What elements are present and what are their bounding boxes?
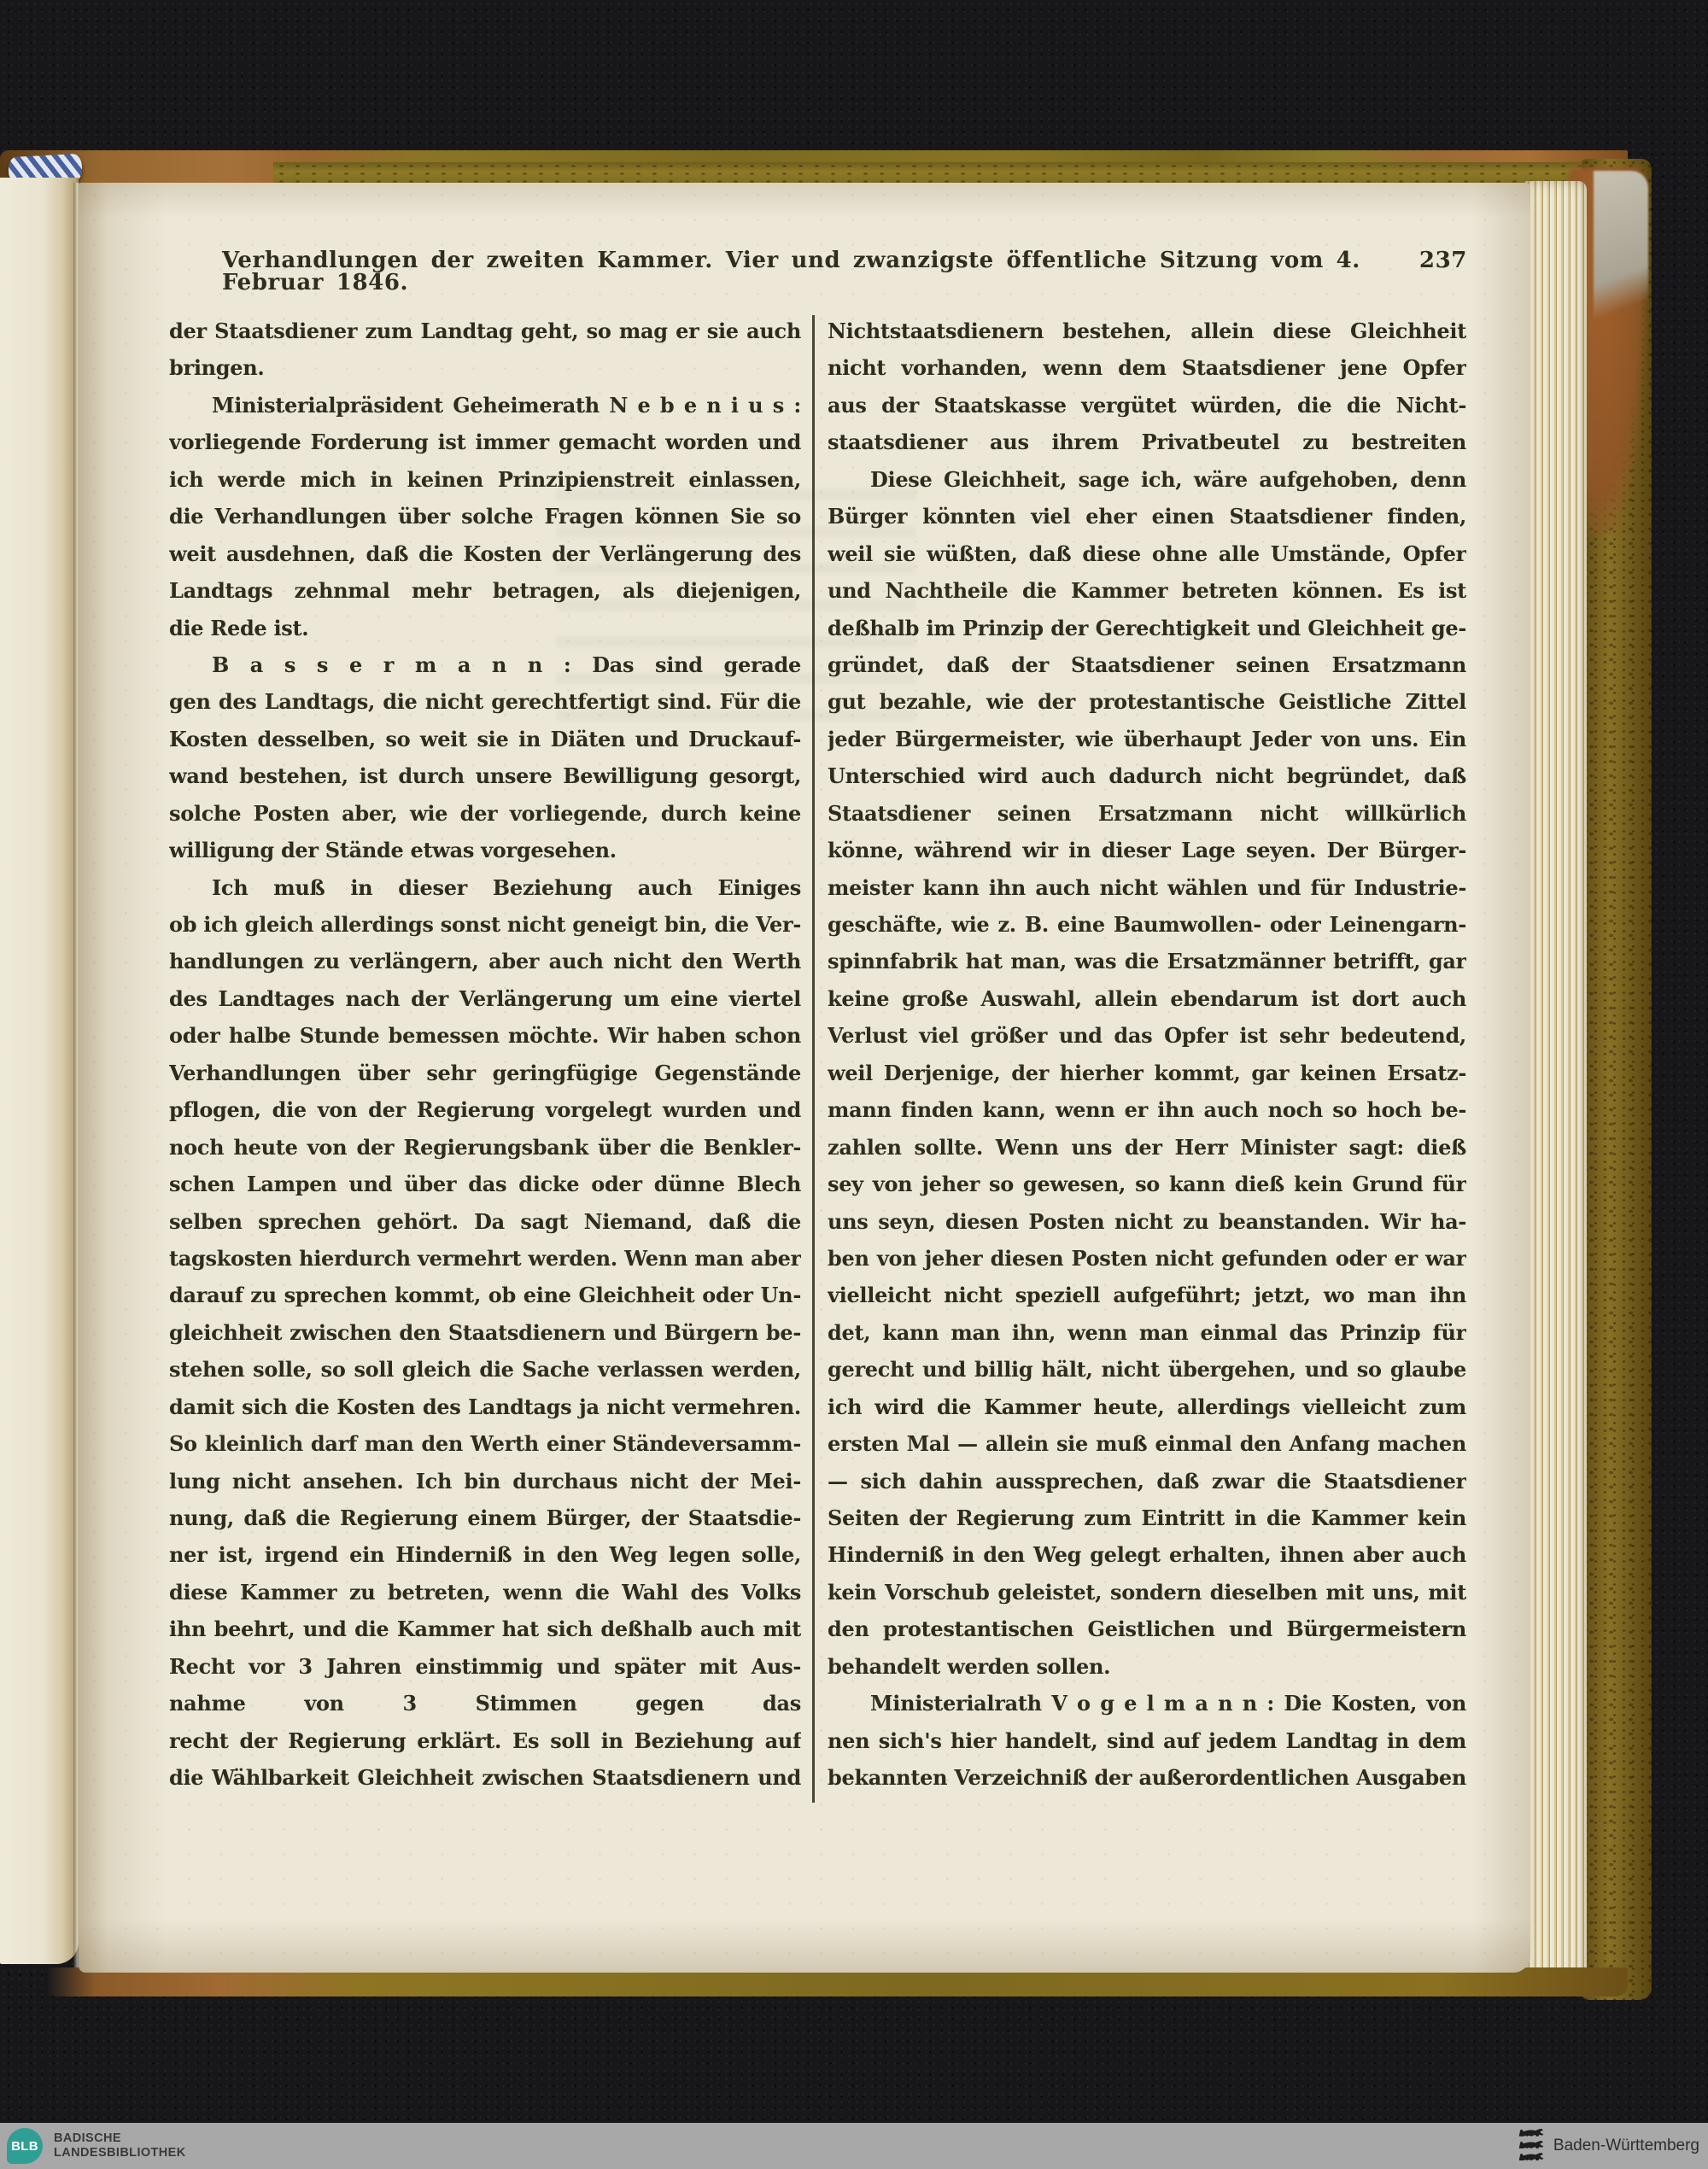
text-line: ich wird die Kammer heute, allerdings vi…: [828, 1389, 1466, 1425]
text-line: Bürger könnten viel eher einen Staatsdie…: [828, 498, 1466, 535]
text-line: weil Derjenige, der hierher kommt, gar k…: [828, 1055, 1466, 1091]
library-name-line1: BADISCHE: [54, 2131, 186, 2146]
text-line: Diese Gleichheit, sage ich, wäre aufgeho…: [828, 461, 1466, 498]
text-line: gleichheit zwischen den Staatsdienern un…: [169, 1314, 801, 1351]
state-branding: Baden-Württemberg: [1518, 2127, 1699, 2165]
library-name-line2: LANDESBIBLIOTHEK: [54, 2146, 186, 2160]
text-line: ihn beehrt, und die Kammer hat sich deßh…: [169, 1611, 801, 1647]
text-line: meister kann ihn auch nicht wählen und f…: [828, 869, 1466, 906]
text-line: lung nicht ansehen. Ich bin durchaus nic…: [169, 1463, 801, 1500]
text-line: ben von jeher diesen Posten nicht gefund…: [828, 1240, 1466, 1277]
text-line: Verhandlungen über sehr geringfügige Geg…: [169, 1055, 801, 1091]
text-line: tagskosten hierdurch vermehrt werden. We…: [169, 1240, 801, 1277]
text-line: solche Posten aber, wie der vorliegende,…: [169, 795, 801, 832]
text-line: ner ist, irgend ein Hinderniß in den Weg…: [169, 1536, 801, 1573]
library-footer-bar: BLB BADISCHE LANDESBIBLIOTHEK Baden-Würt…: [0, 2123, 1708, 2169]
text-line: selben sprechen gehört. Da sagt Niemand,…: [169, 1203, 801, 1240]
text-line: keine große Auswahl, allein ebendarum is…: [828, 980, 1466, 1017]
text-line: die Wählbarkeit Gleichheit zwischen Staa…: [169, 1759, 801, 1796]
text-line: sey von jeher so gewesen, so kann dieß k…: [828, 1166, 1466, 1202]
text-line: Ich muß in dieser Beziehung auch Einiges…: [169, 869, 801, 906]
cover-corner-tear: [1594, 171, 1648, 359]
text-line: Verlust viel größer und das Opfer ist se…: [828, 1017, 1466, 1054]
text-line: ob ich gleich allerdings sonst nicht gen…: [169, 906, 801, 943]
text-line: diese Kammer zu betreten, wenn die Wahl …: [169, 1574, 801, 1611]
scanned-page: Verhandlungen der zweiten Kammer. Vier u…: [79, 183, 1530, 1973]
text-line: nen sich's hier handelt, sind auf jedem …: [828, 1722, 1466, 1759]
text-line: Recht vor 3 Jahren einstimmig und später…: [169, 1648, 801, 1685]
text-line: Hinderniß in den Weg gelegt erhalten, ih…: [828, 1536, 1466, 1573]
text-line: nahme von 3 Stimmen gegen das Urlaubsver…: [169, 1685, 801, 1722]
text-line: wand bestehen, ist durch unsere Bewillig…: [169, 757, 801, 794]
text-line: pflogen, die von der Regierung vorgelegt…: [169, 1091, 801, 1128]
text-line: B a s s e r m a n n : Das sind gerade Ko…: [169, 646, 801, 683]
text-line: gut bezahle, wie der protestantische Gei…: [828, 683, 1466, 720]
text-line: So kleinlich darf man den Werth einer St…: [169, 1425, 801, 1462]
text-line: geschäfte, wie z. B. eine Baumwollen- od…: [828, 906, 1466, 943]
left-column: der Staatsdiener zum Landtag geht, so ma…: [169, 313, 801, 1803]
facing-page-edge: [0, 178, 79, 1964]
text-line: behandelt werden sollen.: [828, 1648, 1466, 1685]
text-line: weit ausdehnen, daß die Kosten der Verlä…: [169, 535, 801, 572]
text-line: gründet, daß der Staatsdiener seinen Ers…: [828, 646, 1466, 683]
text-line: nung, daß die Regierung einem Bürger, de…: [169, 1500, 801, 1536]
text-line: Seiten der Regierung zum Eintritt in die…: [828, 1500, 1466, 1536]
text-line: gen des Landtags, die nicht gerechtferti…: [169, 683, 801, 720]
column-divider-rule: [812, 315, 815, 1803]
text-line: gerecht und billig hält, nicht übergehen…: [828, 1351, 1466, 1388]
text-line: nicht vorhanden, wenn dem Staatsdiener j…: [828, 349, 1466, 386]
text-line: mann finden kann, wenn er ihn auch noch …: [828, 1091, 1466, 1128]
text-line: staatsdiener aus ihrem Privatbeutel zu b…: [828, 424, 1466, 460]
text-line: der Staatsdiener zum Landtag geht, so ma…: [169, 313, 801, 349]
library-name: BADISCHE LANDESBIBLIOTHEK: [54, 2131, 186, 2160]
text-line: kein Vorschub geleistet, sondern dieselb…: [828, 1574, 1466, 1611]
running-header: Verhandlungen der zweiten Kammer. Vier u…: [222, 249, 1467, 294]
text-line: Ministerialrath V o g e l m a n n : Die …: [828, 1685, 1466, 1722]
text-line: den protestantischen Geistlichen und Bür…: [828, 1611, 1466, 1647]
photo-background: Verhandlungen der zweiten Kammer. Vier u…: [0, 0, 1708, 2169]
state-label: Baden-Württemberg: [1553, 2137, 1699, 2155]
baden-wuerttemberg-coat-of-arms-icon: [1518, 2127, 1545, 2165]
text-line: vielleicht nicht speziell aufgeführt; je…: [828, 1277, 1466, 1313]
text-line: weil sie wüßten, daß diese ohne alle Ums…: [828, 535, 1466, 572]
text-line: stehen solle, so soll gleich die Sache v…: [169, 1351, 801, 1388]
text-line: bringen.: [169, 349, 801, 386]
text-line: spinnfabrik hat man, was die Ersatzmänne…: [828, 943, 1466, 979]
text-line: handlungen zu verlängern, aber auch nich…: [169, 943, 801, 979]
blb-logo-text: BLB: [11, 2139, 38, 2154]
page-number: 237: [1419, 249, 1467, 272]
text-line: schen Lampen und über das dicke oder dün…: [169, 1166, 801, 1202]
text-columns: der Staatsdiener zum Landtag geht, so ma…: [169, 313, 1466, 1803]
text-line: det, kann man ihn, wenn man einmal das P…: [828, 1314, 1466, 1351]
text-line: darauf zu sprechen kommt, ob eine Gleich…: [169, 1277, 801, 1313]
text-line: noch heute von der Regierungsbank über d…: [169, 1129, 801, 1166]
text-line: uns seyn, diesen Posten nicht zu beansta…: [828, 1203, 1466, 1240]
text-line: recht der Regierung erklärt. Es soll in …: [169, 1722, 801, 1759]
text-line: ersten Mal — allein sie muß einmal den A…: [828, 1425, 1466, 1462]
text-line: Staatsdiener seinen Ersatzmann nicht wil…: [828, 795, 1466, 832]
text-line: zahlen sollte. Wenn uns der Herr Ministe…: [828, 1129, 1466, 1166]
text-line: deßhalb im Prinzip der Gerechtigkeit und…: [828, 610, 1466, 646]
right-column: Nichtstaatsdienern bestehen, allein dies…: [828, 313, 1466, 1803]
text-line: des Landtages nach der Verlängerung um e…: [169, 980, 801, 1017]
text-line: jeder Bürgermeister, wie überhaupt Jeder…: [828, 721, 1466, 757]
text-line: die Verhandlungen über solche Fragen kön…: [169, 498, 801, 535]
blb-logo: BLB: [7, 2128, 43, 2164]
text-line: die Rede ist.: [169, 610, 801, 646]
text-line: Unterschied wird auch dadurch nicht begr…: [828, 757, 1466, 794]
text-line: oder halbe Stunde bemessen möchte. Wir h…: [169, 1017, 801, 1054]
text-line: ich werde mich in keinen Prinzipienstrei…: [169, 461, 801, 498]
running-header-title: Verhandlungen der zweiten Kammer. Vier u…: [222, 249, 1419, 294]
page-block-fore-edge: [1525, 181, 1587, 1991]
text-line: Ministerialpräsident Geheimerath N e b e…: [169, 387, 801, 424]
text-line: Kosten desselben, so weit sie in Diäten …: [169, 721, 801, 757]
text-line: — sich dahin aussprechen, daß zwar die S…: [828, 1463, 1466, 1500]
text-line: könne, während wir in dieser Lage seyen.…: [828, 832, 1466, 868]
text-line: damit sich die Kosten des Landtags ja ni…: [169, 1389, 801, 1425]
text-line: und Nachtheile die Kammer betreten könne…: [828, 572, 1466, 609]
text-line: bekannten Verzeichniß der außerordentlic…: [828, 1759, 1466, 1796]
text-line: Nichtstaatsdienern bestehen, allein dies…: [828, 313, 1466, 349]
text-line: willigung der Stände etwas vorgesehen.: [169, 832, 801, 868]
text-line: vorliegende Forderung ist immer gemacht …: [169, 424, 801, 460]
text-line: aus der Staatskasse vergütet würden, die…: [828, 387, 1466, 424]
text-line: Landtags zehnmal mehr betragen, als diej…: [169, 572, 801, 609]
